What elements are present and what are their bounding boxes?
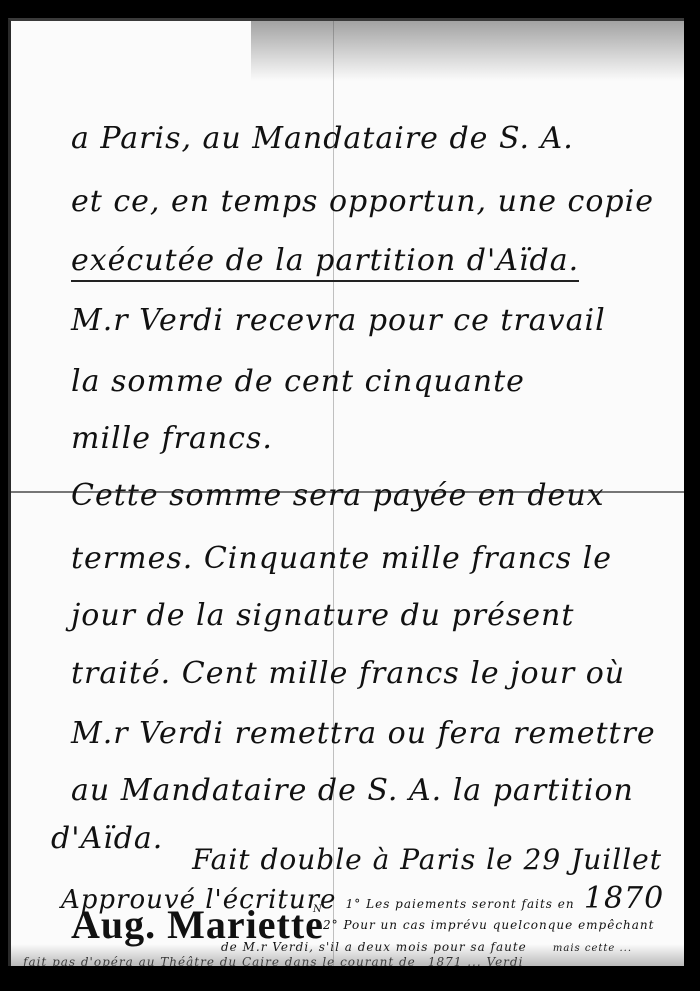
text-line-10: traité. Cent mille francs le jour où <box>11 656 684 691</box>
text-line-12: au Mandataire de S. A. la partition <box>11 773 684 808</box>
bottom-edge-shadow <box>11 944 684 966</box>
text-line-1: a Paris, au Mandataire de S. A. <box>11 121 684 156</box>
text-line-7: Cette somme sera payée en deux <box>11 478 684 513</box>
top-smudge <box>251 21 684 81</box>
text-line-9: jour de la signature du présent <box>11 598 684 633</box>
text-line-2: et ce, en temps opportun, une copie <box>11 184 684 219</box>
text-line-5: la somme de cent cinquante <box>11 364 684 399</box>
text-line-8: termes. Cinquante mille francs le <box>11 541 684 576</box>
manuscript-page: a Paris, au Mandataire de S. A. et ce, e… <box>8 18 684 966</box>
text-line-11: M.r Verdi remettra ou fera remettre <box>11 716 684 751</box>
text-line-6: mille francs. <box>11 421 684 456</box>
text-line-3: exécutée de la partition d'Aïda. <box>11 243 684 278</box>
text-line-4: M.r Verdi recevra pour ce travail <box>11 303 684 338</box>
closing-place-date: Fait double à Paris le 29 Juillet <box>11 843 684 876</box>
aida-underlined-text: exécutée de la partition d'Aïda. <box>71 243 579 282</box>
